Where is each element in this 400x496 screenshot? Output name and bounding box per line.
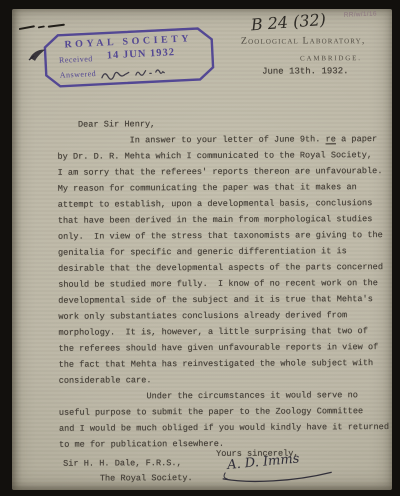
letter-body-line: Under the circumstances it would serve n… — [59, 387, 389, 405]
letter-paper: ROYAL SOCIETY Received 14 JUN 1932 Answe… — [12, 9, 392, 490]
recipient-name: Sir H. H. Dale, F.R.S., — [63, 458, 182, 469]
letter-body-line: desirable that the developmental aspects… — [58, 259, 388, 277]
stamp-received-label: Received — [59, 54, 93, 65]
scanned-letter-page: ROYAL SOCIETY Received 14 JUN 1932 Answe… — [0, 0, 400, 496]
letter-body-line: and I would be much obliged if you would… — [59, 419, 389, 437]
letter-body-line: that have been derived in the main from … — [58, 211, 388, 229]
letter-body-line: by Dr. D. R. Mehta which I communicated … — [57, 147, 387, 165]
letter-body-line: morphology. It is, however, a little sur… — [58, 323, 388, 341]
recipient-organisation: The Royal Society. — [79, 473, 193, 484]
letter-body-line: only. In view of the stress that taxonom… — [58, 227, 388, 245]
letter-body-line: Dear Sir Henry, — [57, 115, 387, 133]
royal-society-received-stamp: ROYAL SOCIETY Received 14 JUN 1932 Answe… — [43, 26, 215, 88]
pen-dash-mark — [19, 23, 69, 33]
signature: A. D. Imms — [219, 452, 337, 485]
letter-body-line: considerable care. — [59, 371, 389, 389]
letter-body-line: should be studied more fully. I know of … — [58, 275, 388, 293]
letter-body-line: developmental side of the subject and it… — [58, 291, 388, 309]
catalog-number-handwriting: B 24 (32) — [250, 10, 326, 35]
letter-body-line: My reason for communicating the paper wa… — [58, 179, 388, 197]
letter-body-line: genitalia for specific and generic diffe… — [58, 243, 388, 261]
letter-body-line: the fact that Mehta has reinvestigated t… — [59, 355, 389, 373]
letterhead-city: Cambridge. — [300, 54, 362, 62]
letter-body-line: work only substantiates conclusions alre… — [58, 307, 388, 325]
signature-underline-flourish — [219, 452, 337, 485]
archive-reference-annotation: RR/w/1/16 — [344, 11, 377, 19]
letter-body-line: the referees should have given unfavoura… — [58, 339, 388, 357]
letter-body: Dear Sir Henry, In answer to your letter… — [57, 115, 389, 469]
letter-body-line: I am sorry that the referees' reports th… — [58, 163, 388, 181]
letterhead-institution: Zoological Laboratory, — [241, 35, 366, 47]
stamp-answered-label: Answered — [60, 69, 97, 80]
letter-date: June 13th. 1932. — [262, 66, 348, 76]
letter-body-line: attempt to establish, upon a development… — [58, 195, 388, 213]
letter-body-line: useful purpose to submit the paper to th… — [59, 403, 389, 421]
letter-body-line: In answer to your letter of June 9th. re… — [57, 131, 387, 149]
